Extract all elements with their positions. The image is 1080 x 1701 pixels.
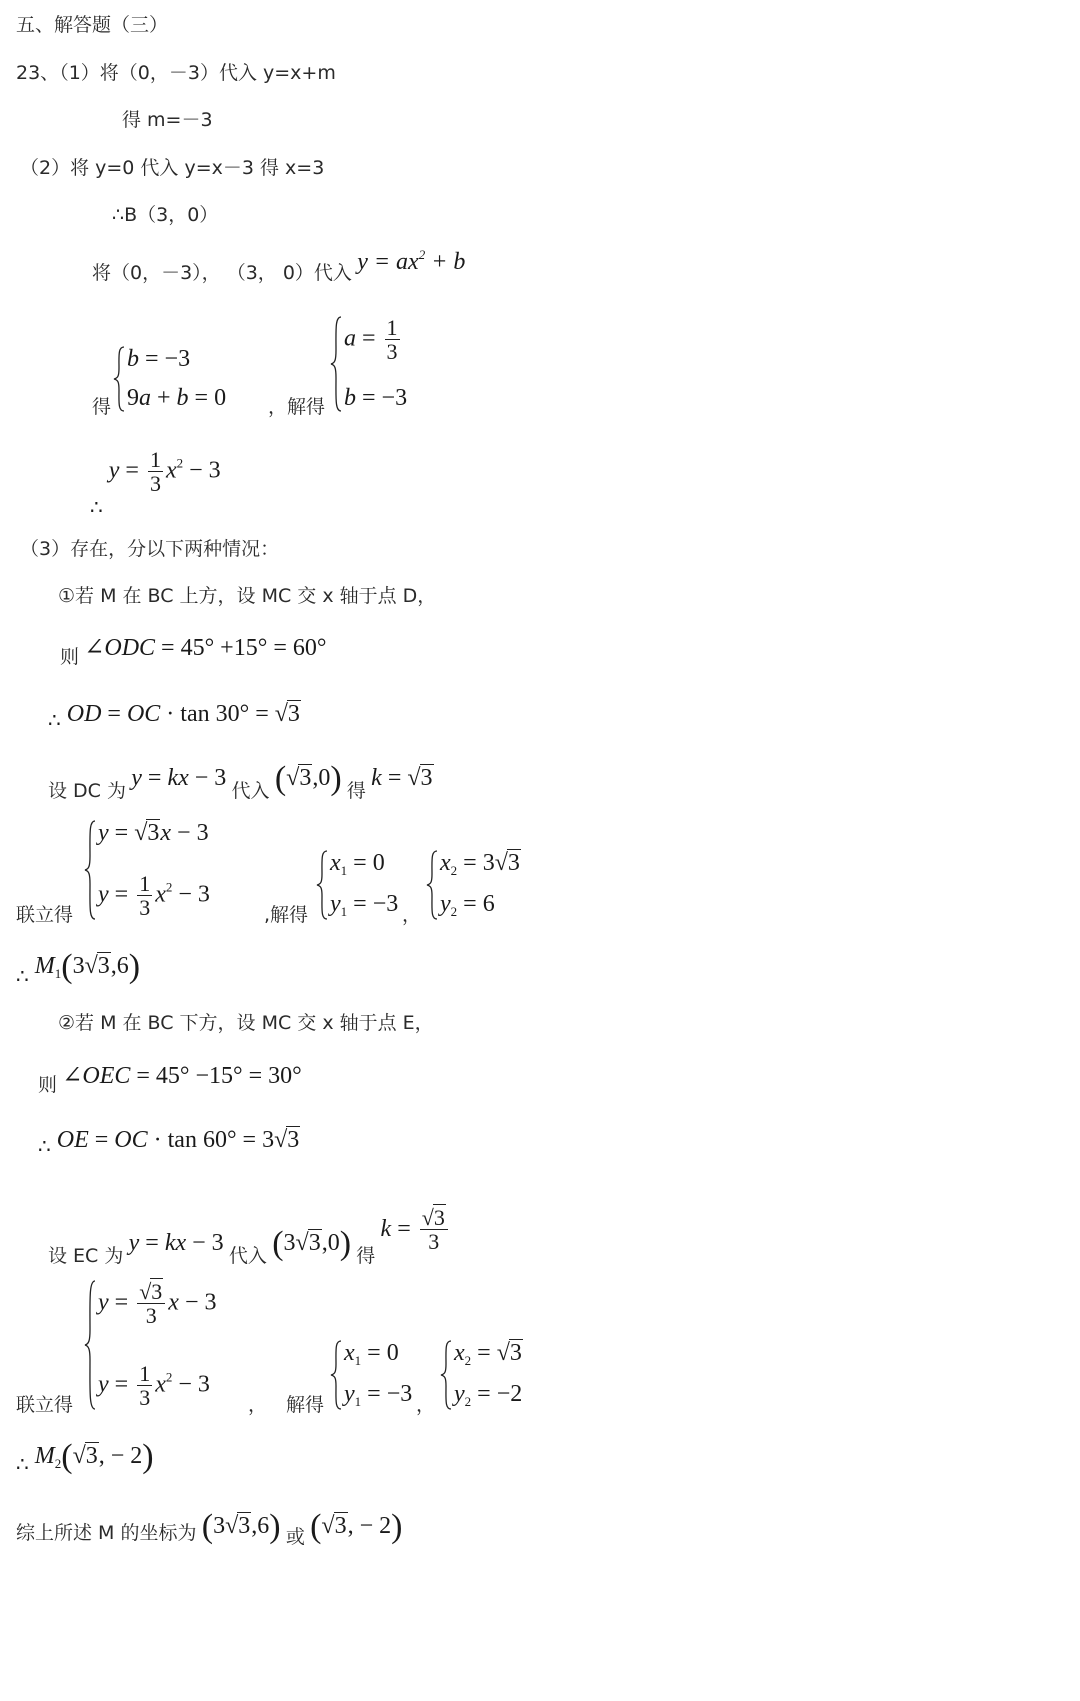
case1-system: y = √3x − 3 y = 13x2 − 3 xyxy=(84,820,210,920)
case2-result: ∴ M2(√3, − 2) xyxy=(16,1440,154,1474)
system1-row2: 9a + b = 0 xyxy=(127,385,226,412)
left-brace-icon xyxy=(440,1340,452,1410)
part2-line2: ∴B（3，0） xyxy=(112,206,218,225)
conclusion: 综上所述 M 的坐标为 (3√3,6) 或 (√3, − 2) xyxy=(16,1510,402,1544)
left-brace-icon xyxy=(330,1340,342,1410)
case2-solution1: x1 = 0 y1 = −3 xyxy=(330,1340,412,1410)
section-title: 五、解答题（三） xyxy=(16,16,168,35)
system-a-b-solution: a = 13 b = −3 xyxy=(330,316,407,412)
comma: ， xyxy=(402,906,421,925)
case2-system: y = √33x − 3 y = 13x2 − 3 xyxy=(84,1280,216,1410)
case2-system-row1: y = √33x − 3 xyxy=(98,1280,216,1328)
case1-system-row2: y = 13x2 − 3 xyxy=(98,872,210,920)
case2-combine-label: 联立得 xyxy=(16,1396,73,1415)
solution-b: b = −3 xyxy=(344,385,407,412)
case1-result: ∴ M1(3√3,6) xyxy=(16,950,140,984)
case2-oe: ∴ OE = OC · tan 60° = 3√3 xyxy=(38,1128,300,1152)
case2-line-ec: 设 EC 为 y = kx − 3 代入 (3√3,0) 得 k = √33 xyxy=(48,1196,451,1244)
system-b-a: b = −3 9a + b = 0 xyxy=(113,346,226,412)
case1-solve-label: ,解得 xyxy=(264,906,308,925)
left-brace-icon xyxy=(113,346,125,412)
system1-row1: b = −3 xyxy=(127,346,226,373)
solve-label: ，解得 xyxy=(268,398,325,417)
left-brace-icon xyxy=(330,316,342,412)
case1-angle: 则 ∠ODC = 45° +15° = 60° xyxy=(60,636,326,660)
part1-line2: 得 m=－3 xyxy=(122,111,213,130)
case1-od: ∴ OD = OC · tan 30° = √3 xyxy=(48,702,301,726)
part2-line1: （2）将 y=0 代入 y=x－3 得 x=3 xyxy=(20,159,324,178)
case2-heading: ②若 M 在 BC 下方，设 MC 交 x 轴于点 E， xyxy=(58,1014,434,1033)
solution-a: a = 13 xyxy=(344,316,407,364)
case2-solve-label: 解得 xyxy=(286,1396,324,1415)
case1-solution2: x2 = 3√3 y2 = 6 xyxy=(426,850,521,920)
parabola-result: ∴ y = 13x2 − 3 xyxy=(90,448,221,496)
part3-intro: （3）存在，分以下两种情况： xyxy=(20,540,279,559)
case1-system-row1: y = √3x − 3 xyxy=(98,820,210,847)
left-brace-icon xyxy=(426,850,438,920)
case1-solution1: x1 = 0 y1 = −3 xyxy=(316,850,398,920)
case1-combine-label: 联立得 xyxy=(16,906,73,925)
case1-heading: ①若 M 在 BC 上方，设 MC 交 x 轴于点 D， xyxy=(58,587,436,606)
quadratic-formula: y = ax2 + b xyxy=(357,249,465,275)
system1-label: 得 xyxy=(92,398,111,417)
comma: ， xyxy=(248,1396,267,1415)
case2-angle: 则 ∠OEC = 45° −15° = 30° xyxy=(38,1064,302,1088)
case2-system-row2: y = 13x2 − 3 xyxy=(98,1362,216,1410)
case2-solution2: x2 = √3 y2 = −2 xyxy=(440,1340,523,1410)
comma: ， xyxy=(416,1396,435,1415)
left-brace-icon xyxy=(84,1280,96,1410)
part2-substitute-line: 将（0，－3）， （3， 0）代入 y = ax2 + b xyxy=(92,258,465,284)
left-brace-icon xyxy=(316,850,328,920)
problem-number: 23、 xyxy=(16,62,59,84)
case1-line-dc: 设 DC 为 y = kx − 3 代入 (√3,0) 得 k = √3 xyxy=(48,762,434,796)
left-brace-icon xyxy=(84,820,96,920)
part1-line1: 23、（1）将（0，－3）代入 y=x+m xyxy=(16,64,336,83)
